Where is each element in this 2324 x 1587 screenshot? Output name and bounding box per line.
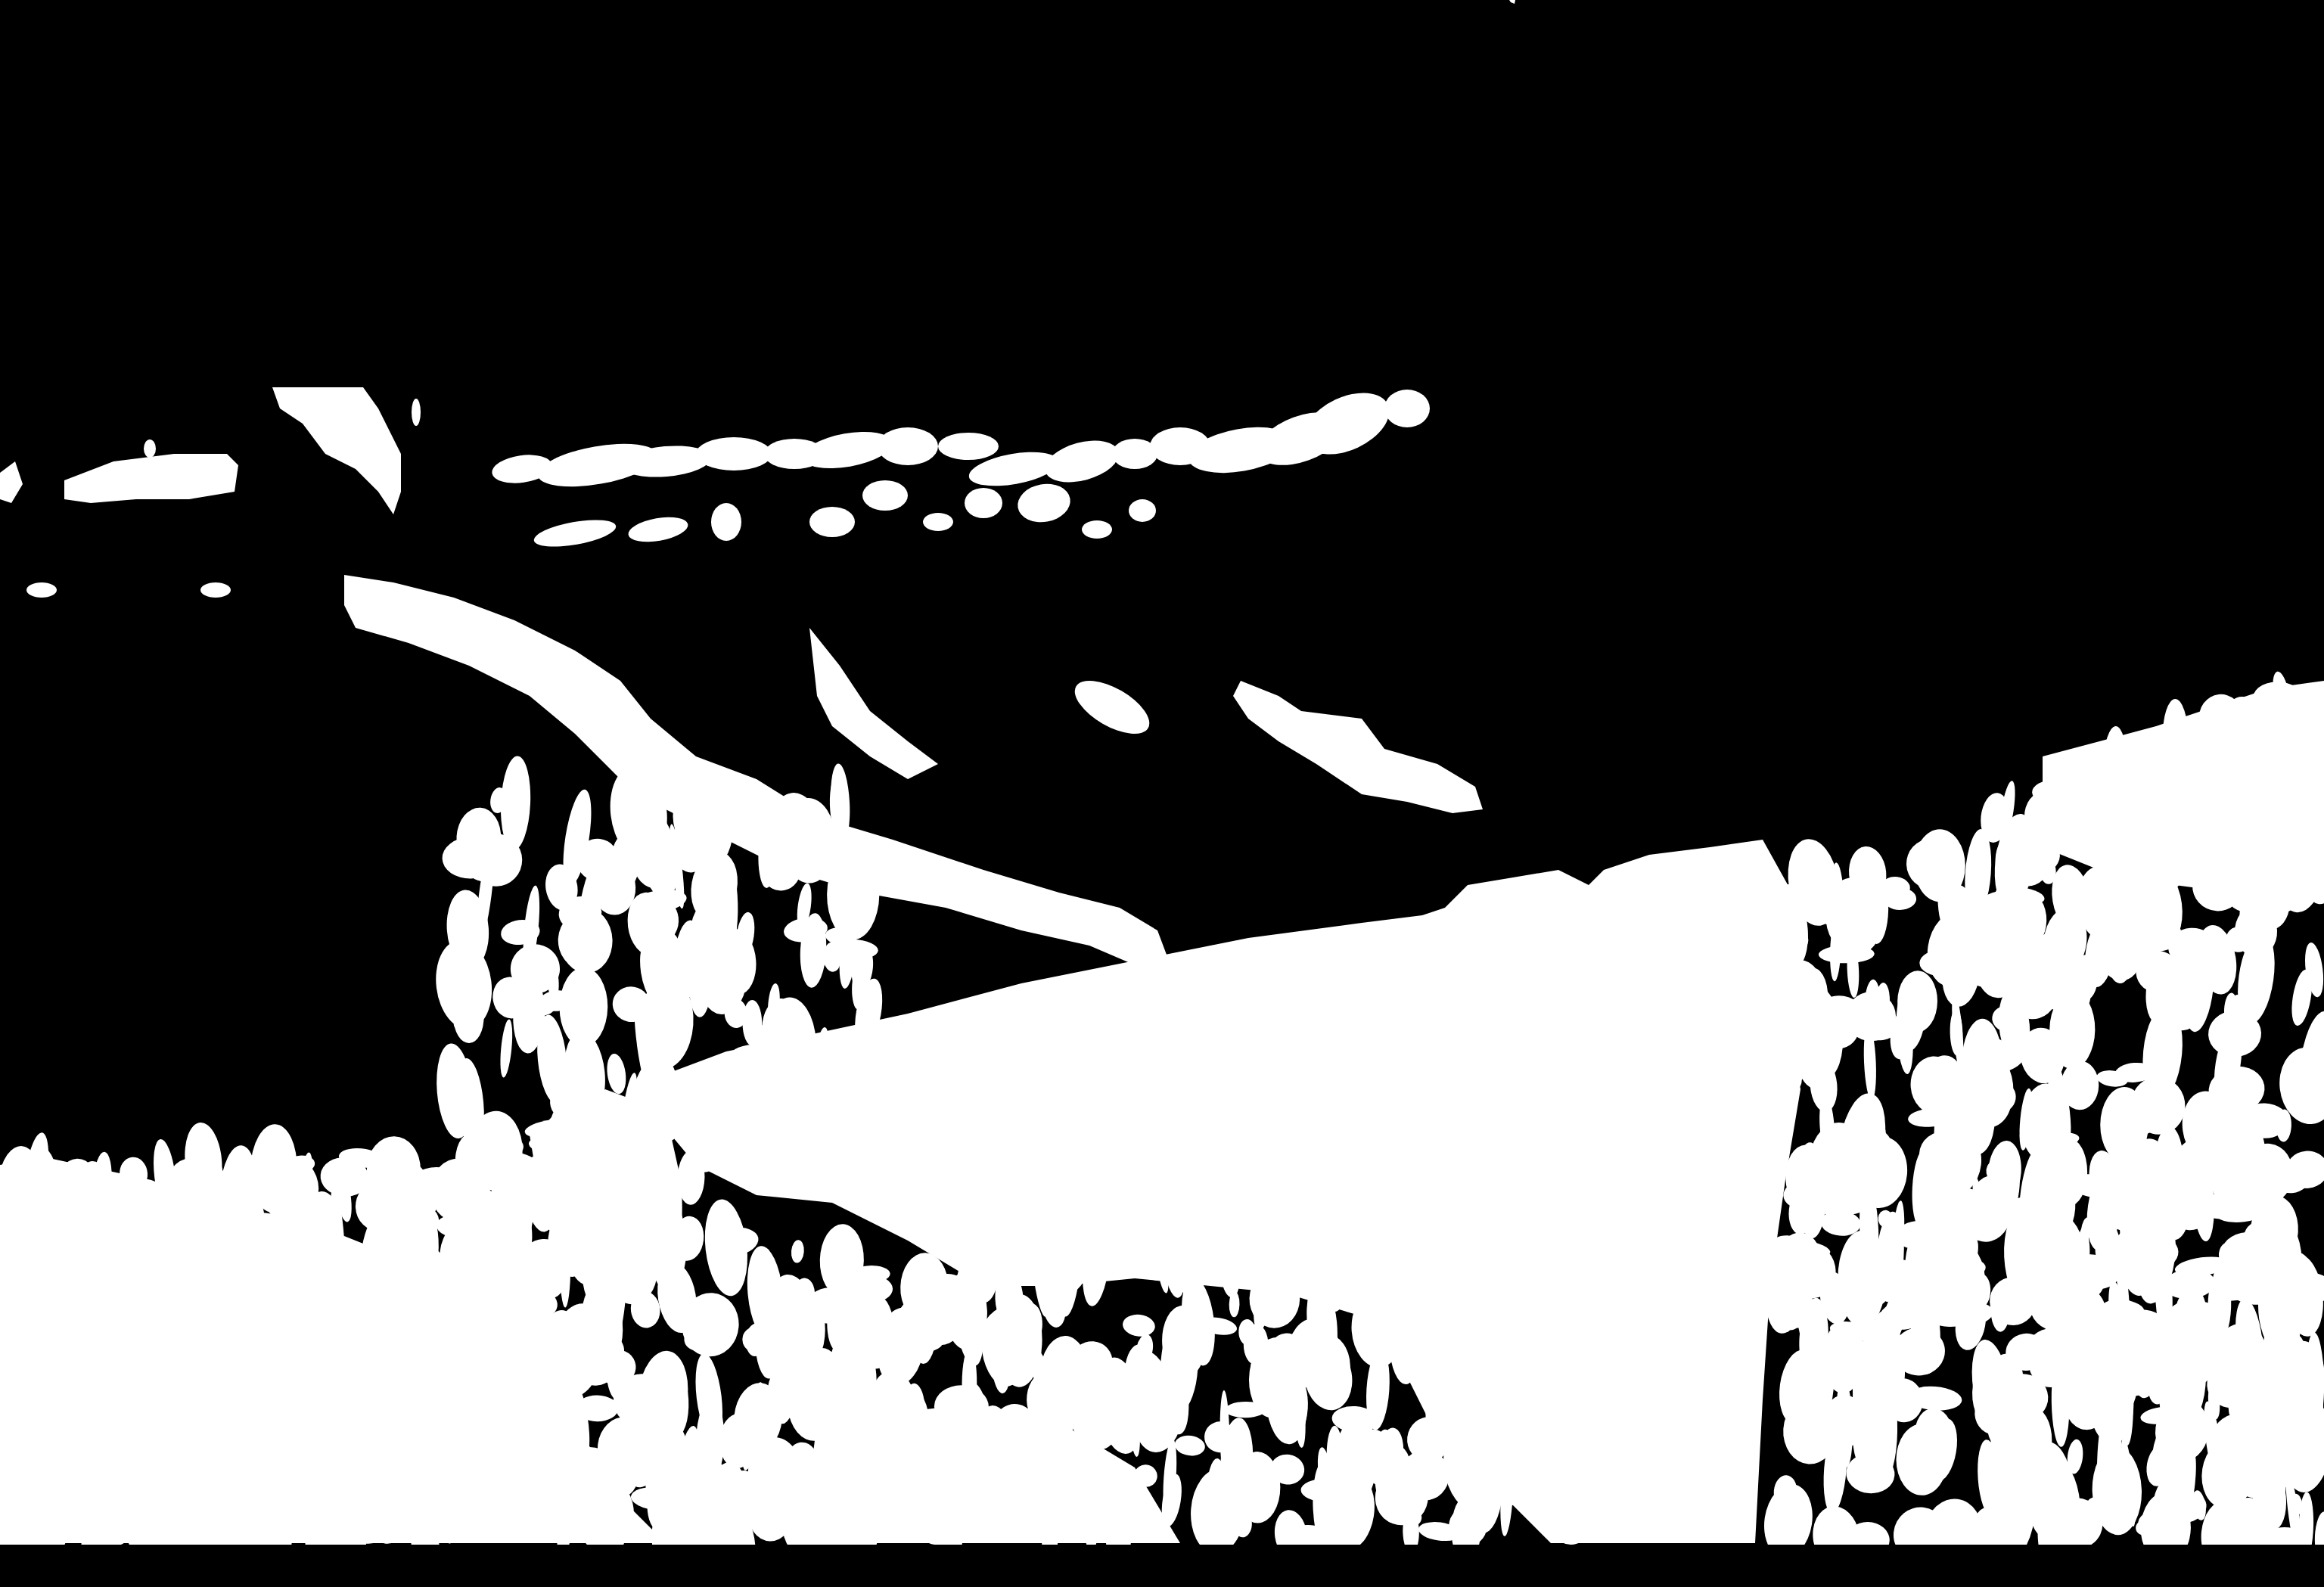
upper-cloud-band: [809, 507, 855, 537]
upper-cloud-band: [938, 433, 999, 460]
mask-canvas: [0, 0, 2324, 1587]
right-textured-field: [1914, 829, 1965, 902]
upper-cloud-band: [923, 513, 953, 531]
upper-cloud-band: [696, 437, 772, 471]
upper-cloud-band: [965, 488, 1002, 518]
upper-cloud-band: [1129, 499, 1156, 522]
scattered-specks: [744, 796, 759, 813]
blob: [26, 582, 57, 598]
upper-cloud-band: [1384, 390, 1430, 427]
upper-cloud-band: [878, 427, 938, 465]
right-textured-field: [1771, 1067, 1801, 1094]
bottom-strip: [0, 1545, 2324, 1587]
blob: [200, 582, 231, 598]
blob: [144, 439, 156, 458]
upper-cloud-band: [862, 480, 908, 511]
upper-cloud-band: [1082, 520, 1112, 539]
upper-cloud-band: [711, 503, 741, 541]
right-textured-field: [1990, 1283, 2010, 1331]
blob: [412, 399, 421, 426]
lower-textured-field: [968, 1209, 1001, 1303]
right-textured-field: [2232, 1458, 2287, 1499]
